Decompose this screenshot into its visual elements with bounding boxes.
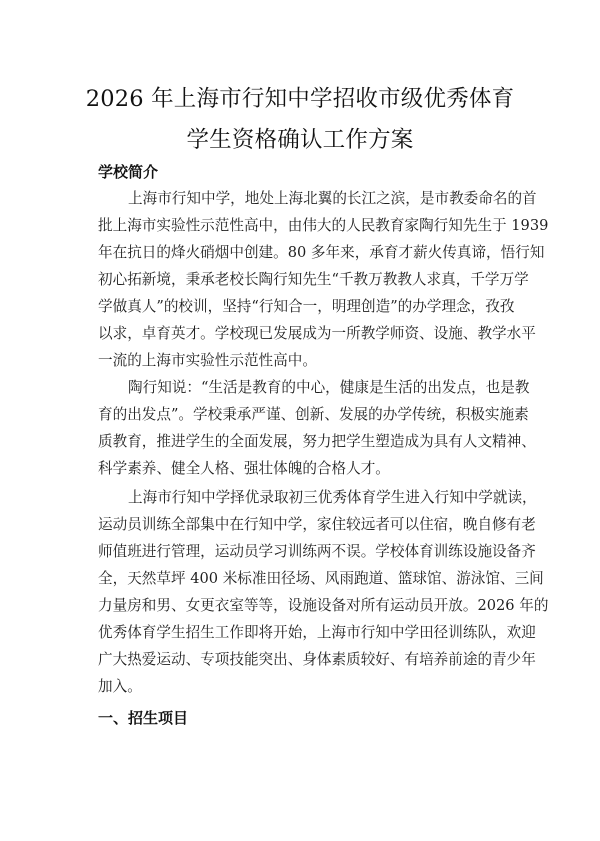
- paragraph-1-line: 上海市行知中学，地处上海北翼的长江之滨，是市教委命名的首: [128, 189, 503, 209]
- paragraph-1-line: 年在抗日的烽火硝烟中创建。80 多年来，承育才薪火传真谛，悟行知: [98, 243, 503, 263]
- document-page: 2026 年上海市行知中学招收市级优秀体育 学生资格确认工作方案 学校简介 上海…: [0, 0, 600, 841]
- paragraph-2-line: 质教育，推进学生的全面发展，努力把学生塑造成为具有人文精神、: [98, 432, 503, 452]
- paragraph-3-line: 全，天然草坪 400 米标准田径场、风雨跑道、篮球馆、游泳馆、三间: [98, 569, 503, 589]
- paragraph-2-line: 陶行知说：“生活是教育的中心，健康是生活的出发点，也是教: [128, 378, 503, 398]
- paragraph-1-line: 学做真人”的校训，坚持“行知合一，明理创造”的办学理念，孜孜: [98, 297, 503, 317]
- section-heading-school-intro: 学校简介: [98, 162, 158, 182]
- paragraph-2-line: 科学素养、健全人格、强壮体魄的合格人才。: [98, 459, 503, 479]
- paragraph-1-line: 以求，卓育英才。学校现已发展成为一所教学师资、设施、教学水平: [98, 324, 503, 344]
- paragraph-3-line: 师值班进行管理，运动员学习训练两不误。学校体育训练设施设备齐: [98, 542, 503, 562]
- paragraph-1-line: 一流的上海市实验性示范性高中。: [98, 351, 503, 371]
- paragraph-3-line: 运动员训练全部集中在行知中学，家住较远者可以住宿，晚自修有老: [98, 515, 503, 535]
- paragraph-3-line: 上海市行知中学择优录取初三优秀体育学生进入行知中学就读，: [128, 488, 503, 508]
- document-title-line-2: 学生资格确认工作方案: [0, 125, 600, 155]
- paragraph-2-line: 育的出发点”。学校秉承严谨、创新、发展的办学传统，积极实施素: [98, 405, 503, 425]
- paragraph-1-line: 批上海市实验性示范性高中，由伟大的人民教育家陶行知先生于 1939: [98, 216, 503, 236]
- section-heading-enrollment-items: 一、招生项目: [98, 708, 188, 728]
- paragraph-3-line: 力量房和男、女更衣室等等，设施设备对所有运动员开放。2026 年的: [98, 596, 503, 616]
- paragraph-3-line: 加入。: [98, 677, 503, 697]
- paragraph-3-line: 广大热爱运动、专项技能突出、身体素质较好、有培养前途的青少年: [98, 650, 503, 670]
- paragraph-3-line: 优秀体育学生招生工作即将开始，上海市行知中学田径训练队，欢迎: [98, 623, 503, 643]
- paragraph-1-line: 初心拓新境，秉承老校长陶行知先生“千教万教教人求真，千学万学: [98, 270, 503, 290]
- document-title-line-1: 2026 年上海市行知中学招收市级优秀体育: [0, 84, 600, 114]
